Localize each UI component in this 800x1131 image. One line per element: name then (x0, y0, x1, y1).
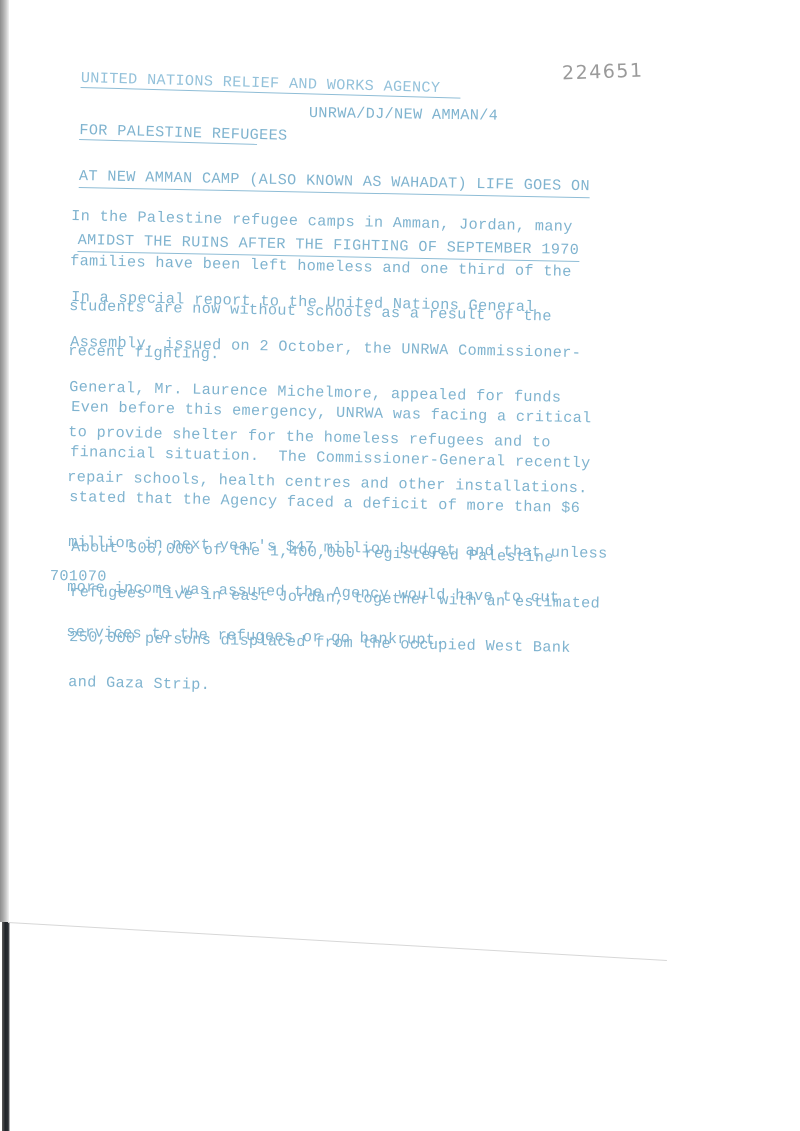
agency-header-line1: UNITED NATIONS RELIEF AND WORKS AGENCY (81, 70, 461, 99)
paragraph-line: In a special report to the United Nation… (71, 290, 592, 316)
paragraph-line: and Gaza Strip. (68, 675, 598, 702)
paragraph-line: In the Palestine refugee camps in Amman,… (71, 209, 573, 235)
paragraph-line: refugees live in east Jordan, together w… (70, 585, 600, 612)
footer-code: 701070 (50, 569, 107, 585)
document-reference: UNRWA/DJ/NEW AMMAN/4 (309, 106, 498, 124)
paragraph-line: Even before this emergency, UNRWA was fa… (71, 400, 611, 427)
paper-edge-line (8, 922, 667, 961)
paragraph-line: Assembly, issued on 2 October, the UNRWA… (70, 335, 591, 361)
paragraph-line: 250,000 persons displaced from the occup… (69, 630, 599, 657)
scan-edge-dark-strip (2, 922, 10, 1131)
handwritten-archive-number: 224651 (562, 60, 644, 85)
paragraph-line: About 506,000 of the 1,400,000 registere… (71, 540, 601, 567)
paragraph-4: About 506,000 of the 1,400,000 registere… (68, 510, 602, 717)
scan-edge-shadow (0, 0, 9, 922)
paragraph-line: financial situation. The Commissioner-Ge… (70, 445, 610, 472)
